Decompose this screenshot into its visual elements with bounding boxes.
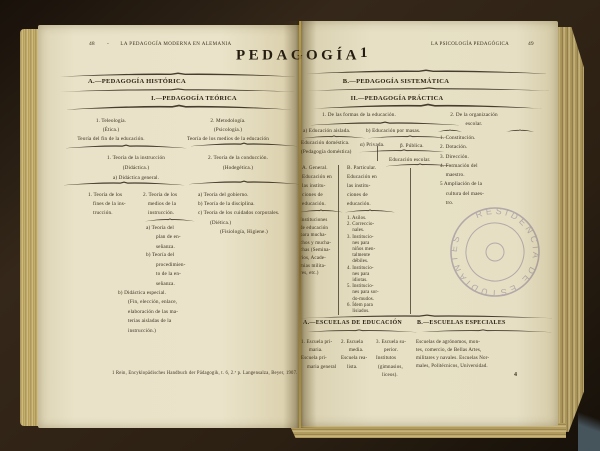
footnote-citation: 1 Rein, Encyklopädisches Handbuch der Pä… xyxy=(112,369,298,378)
outline-instituciones: Institucionesde educaciónpara mucha-chos… xyxy=(300,217,346,278)
outline-educacion-escolar: Educación escolar. xyxy=(389,156,431,165)
rule-swash xyxy=(345,209,395,213)
right-page-number: 49 xyxy=(528,40,534,49)
outline-metodologia: 2. Metodología.(Psicología.)Teoría de lo… xyxy=(177,117,279,144)
outline-escuelas-especiales-text: Escuelas de agrónomos, mon-tes, comercio… xyxy=(416,339,554,371)
escuelas-educacion-heading: A.—ESCUELAS DE EDUCACIÓN xyxy=(303,319,402,328)
outline-educacion-domestica: Educación doméstica.(Pedagogía doméstica… xyxy=(301,139,363,157)
rule-swash xyxy=(506,129,534,132)
escuelas-especiales-heading: B.—ESCUELAS ESPECIALES xyxy=(417,319,506,328)
rule-vertical xyxy=(410,168,411,314)
section-i-heading: I.—PEDAGOGÍA TEÓRICA xyxy=(141,94,247,103)
outline-educacion-masas: b) Educación por masas. xyxy=(366,127,420,136)
outline-instruccion: 1. Teoría de la instrucción(Didáctica.)a… xyxy=(97,153,175,183)
rule-swash xyxy=(65,144,187,149)
rule-swash xyxy=(66,104,292,110)
spread-title: PEDAGOGÍA1 xyxy=(236,45,364,64)
rule-swash xyxy=(60,88,296,92)
rule-swash xyxy=(413,329,553,333)
outline-general: A. General.Educación enlas institu-cione… xyxy=(302,164,342,209)
outline-escuela-media: 2. Escuelamedia.Escuela rea-lista. xyxy=(341,339,377,372)
rule-swash xyxy=(307,87,551,91)
outline-conduccion-items: a) Teoría del gobierno.b) Teoría de la d… xyxy=(198,191,300,237)
outline-escuela-superior: 3. Escuela su-perior.Institutos(gimnasio… xyxy=(376,339,416,380)
book-photo: 48 - LA PEDAGOGÍA MODERNA EN ALEMANIA PE… xyxy=(0,0,600,451)
rule-swash xyxy=(188,180,300,185)
outline-particular: B. Particular.Educación enlas institu-ci… xyxy=(347,164,393,209)
outline-escuela-primaria: 1. Escuela pri-maria.Escuela pri-maria g… xyxy=(301,339,341,372)
page-stack-edge-right xyxy=(556,27,584,432)
rule-swash xyxy=(299,209,343,213)
rule-swash xyxy=(306,69,546,74)
left-running-title: LA PEDAGOGÍA MODERNA EN ALEMANIA xyxy=(118,40,234,49)
outline-formas-title: 1. De las formas de la educación. xyxy=(310,111,408,120)
section-a-heading: A.—PEDAGOGÍA HISTÓRICA xyxy=(88,77,186,86)
outline-privada: α) Privada. xyxy=(360,141,385,150)
section-ii-heading: II.—PEDAGOGÍA PRÁCTICA xyxy=(342,94,452,103)
outline-teleologia: 1. Teleología.(Ética.)Teoría del fin de … xyxy=(72,117,150,144)
outline-conduccion: 2. Teoría de la conducción.(Hodegética.) xyxy=(199,153,277,173)
outline-procedimiento: b) Teoría delprocedimien-to de la en-señ… xyxy=(146,251,200,289)
outline-organizacion-title: 2. De la organizaciónescolar. xyxy=(438,111,510,129)
outline-plan-ensenanza: a) Teoría delplan de en-señanza. xyxy=(146,224,200,252)
outline-particular-items: 1. Asilos.2. Correccio- nales.3. Institu… xyxy=(347,216,399,315)
outline-didactica-especial: b) Didáctica especial.(Fin, elección, en… xyxy=(118,289,210,336)
outline-educacion-aislada: a) Educación aislada. xyxy=(303,127,350,136)
right-running-title: LA PSICOLOGÍA PEDAGÓGICA xyxy=(428,40,512,49)
outline-fines-instruccion: 1. Teoría de losfines de la ins-trucción… xyxy=(88,191,140,219)
outline-publica: β. Pública. xyxy=(400,142,424,151)
signature-mark: 4 xyxy=(514,371,517,380)
outline-medios-instruccion: 2. Teoría de losmedios de lainstrucción. xyxy=(143,191,193,219)
left-page-number: 48 xyxy=(89,40,95,49)
page-stack-edge-left xyxy=(20,29,38,426)
spread-title-footnote-mark: 1 xyxy=(360,45,371,61)
rule-swash xyxy=(438,129,462,132)
rule-swash xyxy=(313,103,543,109)
rule-swash xyxy=(300,329,418,333)
left-header-separator: - xyxy=(107,40,109,49)
section-b-heading: B.—PEDAGOGÍA SISTEMÁTICA xyxy=(336,77,456,86)
spread-title-text: PEDAGOGÍA xyxy=(236,48,360,64)
